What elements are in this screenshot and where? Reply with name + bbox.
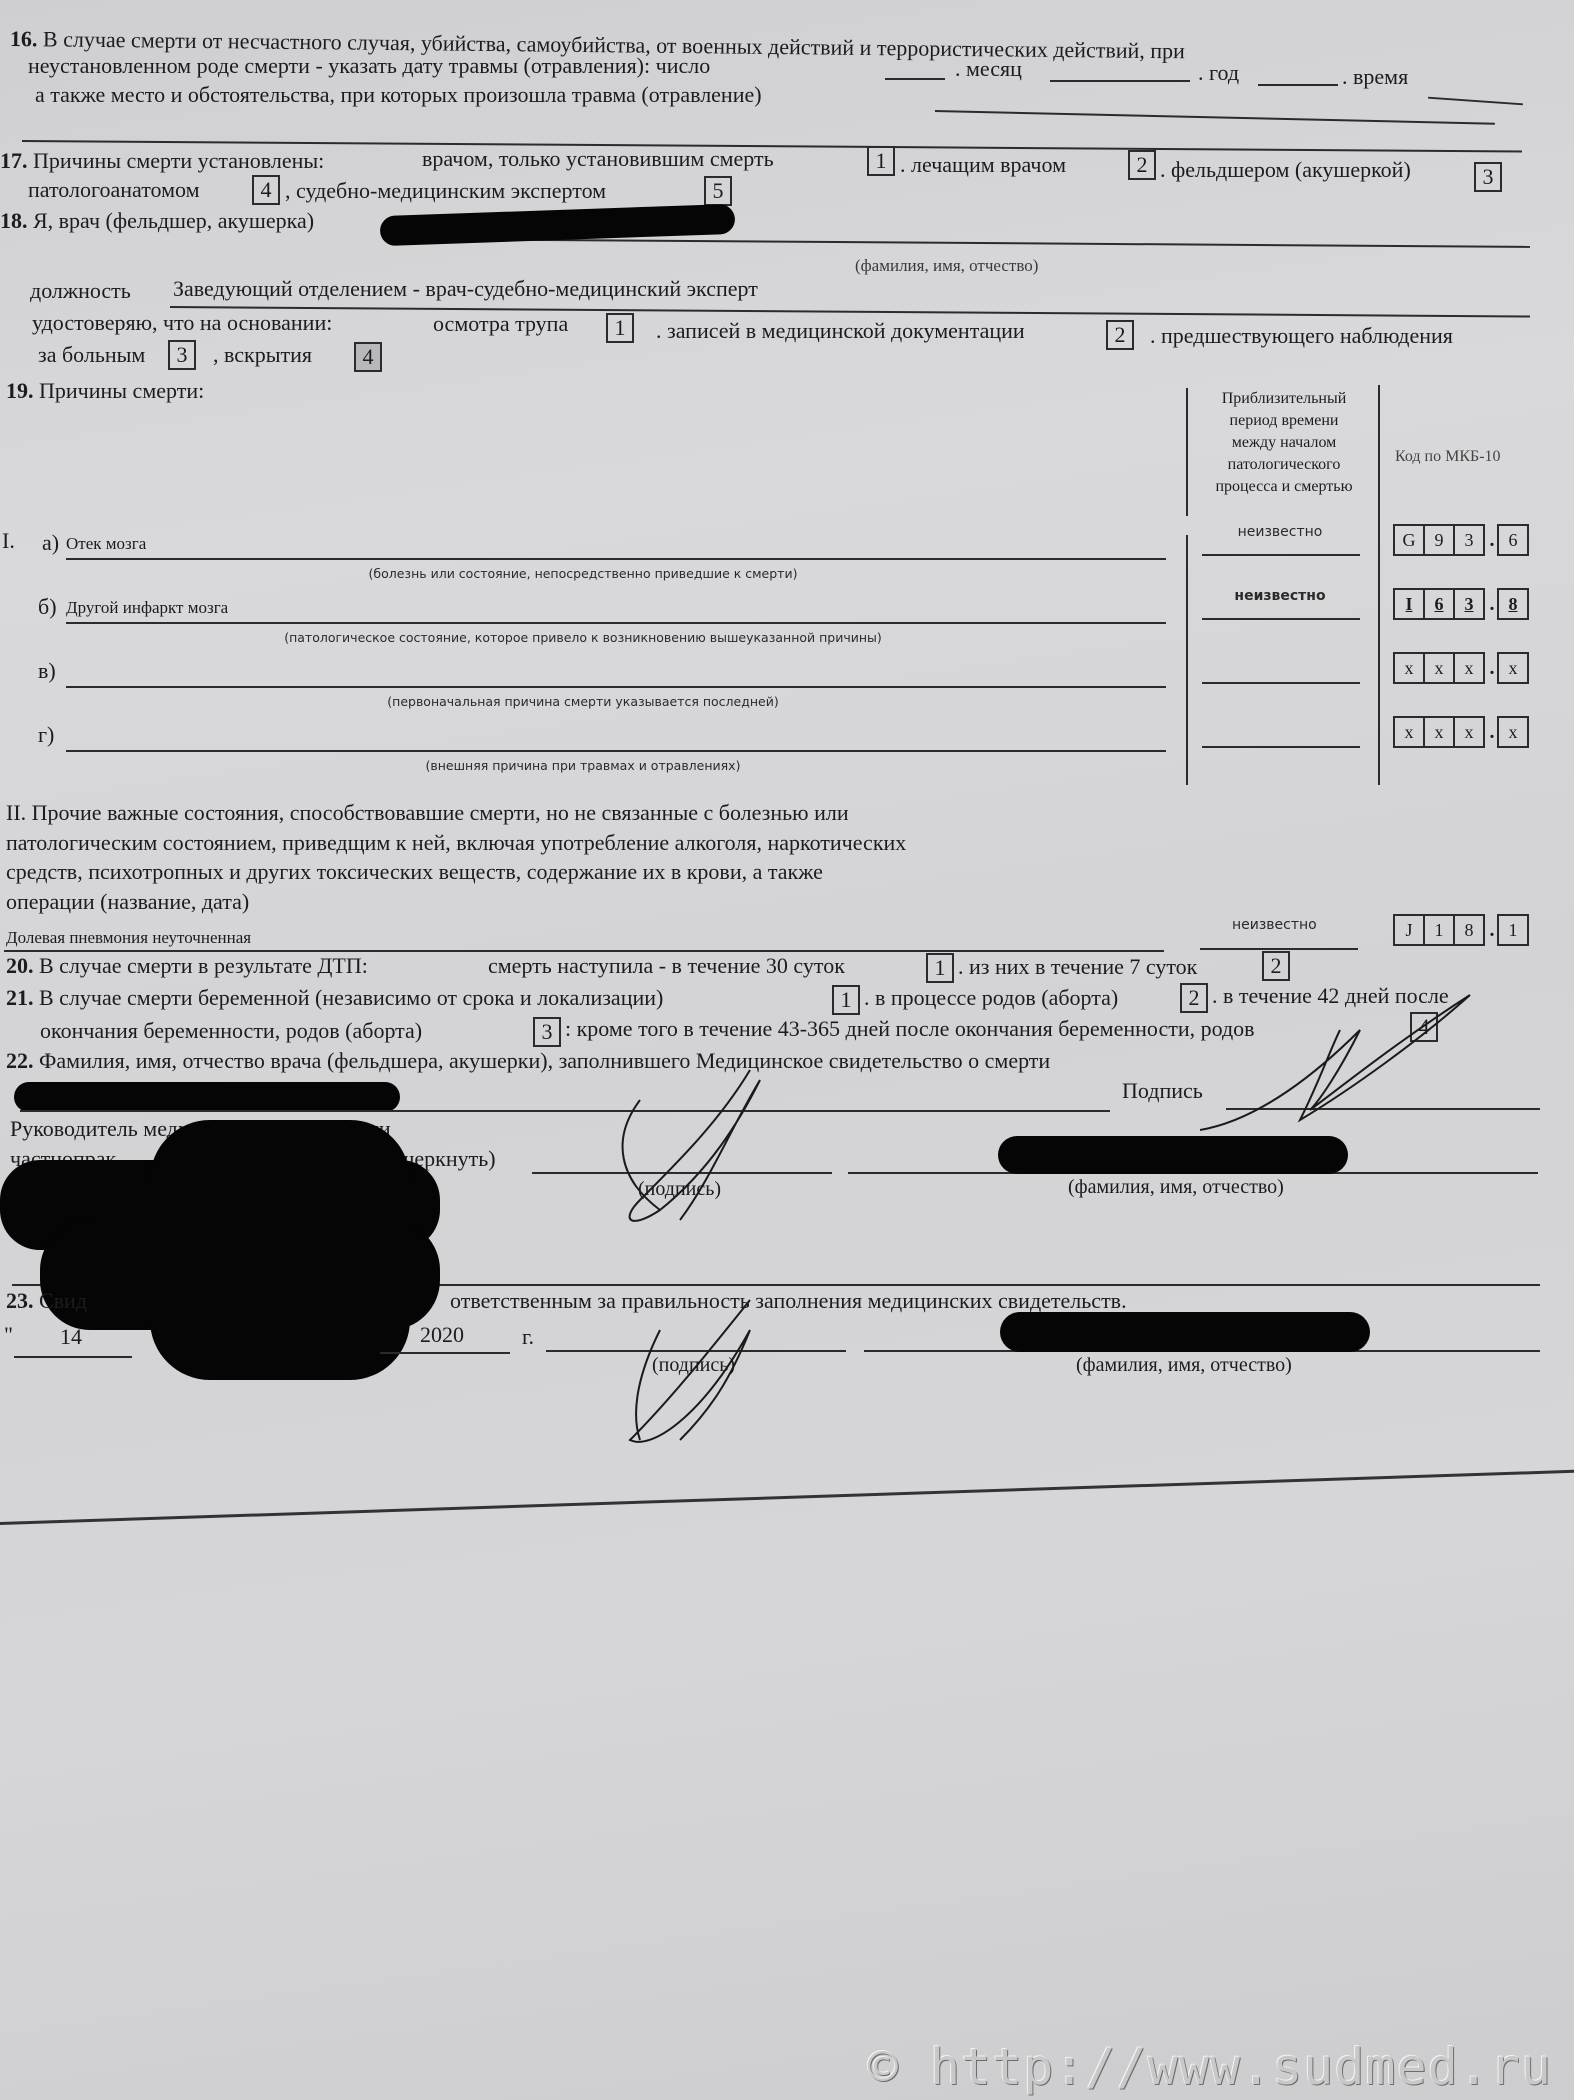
code-char-box[interactable]: G [1393,524,1425,556]
code-char: 1 [1435,920,1444,941]
s16-year-label: . год [1198,60,1239,86]
code-char-box[interactable]: 1 [1497,914,1529,946]
cause-row-caption: (первоначальная причина смерти указывает… [0,694,1166,709]
code-char: 6 [1509,530,1518,551]
s23-year-suffix: г. [522,1324,534,1350]
code-char-box[interactable]: 6 [1423,588,1455,620]
code-char-box[interactable]: x [1393,716,1425,748]
s19-label: Причины смерти: [39,378,204,403]
code-char: x [1509,658,1518,679]
s18-basis3-label: . предшествующего наблюдения [1150,323,1453,349]
cause-row-caption: (внешняя причина при травмах и отравлени… [0,758,1166,773]
s16-line2: неустановленном роде смерти - указать да… [28,53,710,79]
box-number: 4 [261,177,272,203]
cause-row-field[interactable] [66,558,1166,560]
column-divider [1186,388,1188,516]
s23-year: 2020 [420,1322,464,1348]
signature-icon [610,1290,810,1460]
s18-label: Я, врач (фельдшер, акушерка) [33,208,314,233]
box-number: 2 [1115,322,1126,348]
s19-period-header: Приблизительный период времени между нач… [1190,388,1378,498]
code-char-box[interactable]: x [1497,652,1529,684]
s21-label: В случае смерти беременной (независимо о… [39,985,663,1010]
code-char: x [1435,658,1444,679]
code-char: x [1509,722,1518,743]
s22-label: Фамилия, имя, отчество врача (фельдшера,… [39,1048,1050,1073]
code-char-box[interactable]: x [1497,716,1529,748]
cause-row-period-field[interactable] [1202,682,1360,684]
cause-row-period: неизвестно [1200,524,1360,540]
part2-line: средств, психотропных и других токсическ… [6,857,906,887]
s16-year-field[interactable] [1258,84,1338,86]
s18-basis4-label: , вскрытия [213,342,312,368]
s21-opt2-label: . в процессе родов (аборта) [864,985,1118,1011]
s19-number: 19. [6,378,34,403]
box-number: 4 [363,344,374,370]
cause-row-period-field[interactable] [1202,554,1360,556]
code-char-box[interactable]: I [1393,588,1425,620]
s20-label: В случае смерти в результате ДТП: [39,953,368,978]
redaction [1000,1312,1370,1352]
s23-day: 14 [60,1324,82,1350]
header-line: процесса и смертью [1190,476,1378,498]
s18-box-4[interactable]: 4 [354,342,382,372]
s22-number: 22. [6,1048,34,1073]
s17-opt5-label: , судебно-медицинским экспертом [285,178,606,204]
code-char: 3 [1465,530,1474,551]
part2-line: патологическим состоянием, приведщим к н… [6,828,906,858]
s20-box-2[interactable]: 2 [1262,951,1290,981]
signature-icon [1200,990,1490,1140]
code-char: x [1465,658,1474,679]
s19-code-header: Код по МКБ-10 [1395,448,1501,466]
s20-opt1-label: смерть наступила - в течение 30 суток [488,953,845,979]
box-number: 5 [713,178,724,204]
cause-row-period: неизвестно [1200,588,1360,604]
code-char: J [1405,920,1412,941]
s23-day-field[interactable] [14,1356,132,1358]
cause-row-field[interactable] [66,686,1166,688]
s19-part2-period: неизвестно [1232,917,1317,933]
s16-place-label: а также место и обстоятельства, при кото… [35,82,762,108]
part2-line: операции (название, дата) [6,887,906,917]
s23-row1: 23. Свид [6,1288,87,1314]
redaction [14,1082,400,1112]
s18-box-1[interactable]: 1 [606,313,634,343]
header-line: между началом [1190,432,1378,454]
code-char: x [1405,722,1414,743]
icd10-code[interactable]: xxx.x [1395,716,1529,748]
header-line: Приблизительный [1190,388,1378,410]
s19-part2-field[interactable] [4,950,1164,952]
code-char: x [1405,658,1414,679]
stamp-redaction [150,1120,410,1380]
code-char-box[interactable]: J [1393,914,1425,946]
header-line: период времени [1190,410,1378,432]
code-char-box[interactable]: 6 [1497,524,1529,556]
box-number: 2 [1189,985,1200,1011]
s17-box-5[interactable]: 5 [704,176,732,206]
s21-box-1[interactable]: 1 [832,985,860,1015]
s16-place-field[interactable] [935,110,1495,125]
s19-part1-label: I. [2,528,15,554]
s16-day-field[interactable] [885,78,945,80]
code-char-box[interactable]: 3 [1453,588,1485,620]
code-char: 3 [1465,594,1474,615]
cause-row-period-field[interactable] [1202,618,1360,620]
s22-fio-field[interactable] [20,1110,1110,1112]
box-number: 3 [542,1019,553,1045]
code-char: G [1403,530,1416,551]
s17-box-4[interactable]: 4 [252,175,280,205]
cause-row-field[interactable] [66,622,1166,624]
s16-date-label: неустановленном роде смерти - указать да… [28,53,710,78]
s20-row: 20. В случае смерти в результате ДТП: [6,953,368,979]
code-char-box[interactable]: 1 [1423,914,1455,946]
code-char-box[interactable]: x [1453,652,1485,684]
code-char: 8 [1509,594,1518,615]
s16-month-field[interactable] [1050,80,1190,82]
s20-box-1[interactable]: 1 [926,953,954,983]
s20-number: 20. [6,953,34,978]
box-number: 1 [935,955,946,981]
s16-number: 16. [10,26,38,51]
code-char: x [1465,722,1474,743]
s23-number: 23. [6,1288,34,1313]
s19-part2-value: Долевая пневмония неуточненная [6,928,251,948]
s18-position-value: Заведующий отделением - врач-судебно-мед… [173,276,758,302]
code-char: x [1435,722,1444,743]
s21-number: 21. [6,985,34,1010]
s22-signature-label: Подпись [1122,1078,1203,1104]
page-edge [0,1470,1574,1525]
box-number: 1 [841,987,852,1013]
s18-basis3b-label: за больным [38,342,145,368]
s18-fio-caption: (фамилия, имя, отчество) [855,256,1038,276]
cause-row-period-field[interactable] [1202,746,1360,748]
column-divider [1186,535,1188,785]
s23-year-field[interactable] [380,1352,510,1354]
s17-opt1-label: врачом, только установившим смерть [422,146,774,172]
s17-box-1[interactable]: 1 [867,146,895,176]
s16-time-label: . время [1342,64,1408,90]
box-number: 1 [615,315,626,341]
code-char-box[interactable]: x [1453,716,1485,748]
s19-part2-text: II. Прочие важные состояния, способствов… [6,798,906,916]
s18-basis1-label: осмотра трупа [433,311,568,337]
code-char-box[interactable]: x [1423,716,1455,748]
redaction [998,1136,1348,1174]
cause-row-letter: в) [38,658,56,684]
s17-opt2-label: . лечащим врачом [900,152,1066,178]
s17-label: Причины смерти установлены: [33,148,324,173]
box-number: 2 [1271,953,1282,979]
code-char-box[interactable]: x [1423,652,1455,684]
part2-line: II. Прочие важные состояния, способствов… [6,798,906,828]
s19-part2-period-field[interactable] [1200,948,1358,950]
cause-row-caption: (болезнь или состояние, непосредственно … [0,566,1166,581]
s18-box-3[interactable]: 3 [168,340,196,370]
watermark: © http://www.sudmed.ru [868,2038,1552,2096]
s23-quote: " [4,1322,13,1348]
s17-opt4-label: патологоанатомом [28,177,200,203]
signature-icon [600,1060,820,1230]
s18-position-field[interactable] [170,306,1530,317]
code-char-box[interactable]: 8 [1453,914,1485,946]
s18-basis2-label: . записей в медицинской документации [656,318,1025,344]
column-divider [1378,385,1380,785]
s17-box-2[interactable]: 2 [1128,150,1156,180]
header-line: патологического [1190,454,1378,476]
s22-fio-caption: (фамилия, имя, отчество) [1068,1176,1284,1199]
cause-row-value: Другой инфаркт мозга [66,598,228,618]
box-number: 3 [177,342,188,368]
code-char: 1 [1509,920,1518,941]
code-char-box[interactable]: 8 [1497,588,1529,620]
code-char: 9 [1435,530,1444,551]
box-number: 3 [1483,164,1494,190]
s21-opt4-label: : кроме того в течение 43-365 дней после… [565,1016,1255,1042]
s16-month-label: . месяц [955,56,1022,82]
s21-row1: 21. В случае смерти беременной (независи… [6,985,663,1011]
code-char: 6 [1435,594,1444,615]
icd10-code[interactable]: xxx.x [1395,652,1529,684]
s17-box-3[interactable]: 3 [1474,162,1502,192]
s17-number: 17. [0,148,28,173]
s21-opt3b-label: окончания беременности, родов (аборта) [40,1018,422,1044]
box-number: 2 [1137,152,1148,178]
s17-row1: 17. Причины смерти установлены: [0,148,324,174]
s18-position-label: должность [30,278,131,304]
s19-heading: 19. Причины смерти: [6,378,204,404]
s18-number: 18. [0,208,28,233]
s20-opt2-label: . из них в течение 7 суток [958,954,1197,980]
s23-fio-caption: (фамилия, имя, отчество) [1076,1354,1292,1377]
s21-box-3[interactable]: 3 [533,1017,561,1047]
icd10-code[interactable]: G93.6 [1395,524,1529,556]
cause-row-letter: б) [38,594,57,620]
s17-opt3-label: . фельдшером (акушеркой) [1160,157,1411,183]
code-char-box[interactable]: x [1393,652,1425,684]
cause-row-letter: г) [38,722,54,748]
s18-box-2[interactable]: 2 [1106,320,1134,350]
code-char: 8 [1465,920,1474,941]
cause-row-value: Отек мозга [66,534,146,554]
code-char-box[interactable]: 3 [1453,524,1485,556]
s22-row1: 22. Фамилия, имя, отчество врача (фельдш… [6,1048,1050,1074]
icd10-code[interactable]: I63.8 [1395,588,1529,620]
s18-basis-label: удостоверяю, что на основании: [32,310,332,336]
code-char-box[interactable]: 9 [1423,524,1455,556]
cause-row-letter: а) [42,530,59,556]
code-char: I [1405,594,1412,615]
box-number: 1 [876,148,887,174]
s16-time-field[interactable] [1428,97,1523,106]
cause-row-field[interactable] [66,750,1166,752]
s23-label-start: Свид [39,1288,87,1313]
icd10-code-part2[interactable]: J18.1 [1395,914,1529,946]
s18-row1: 18. Я, врач (фельдшер, акушерка) [0,208,314,234]
cause-row-caption: (патологическое состояние, которое приве… [0,630,1166,645]
